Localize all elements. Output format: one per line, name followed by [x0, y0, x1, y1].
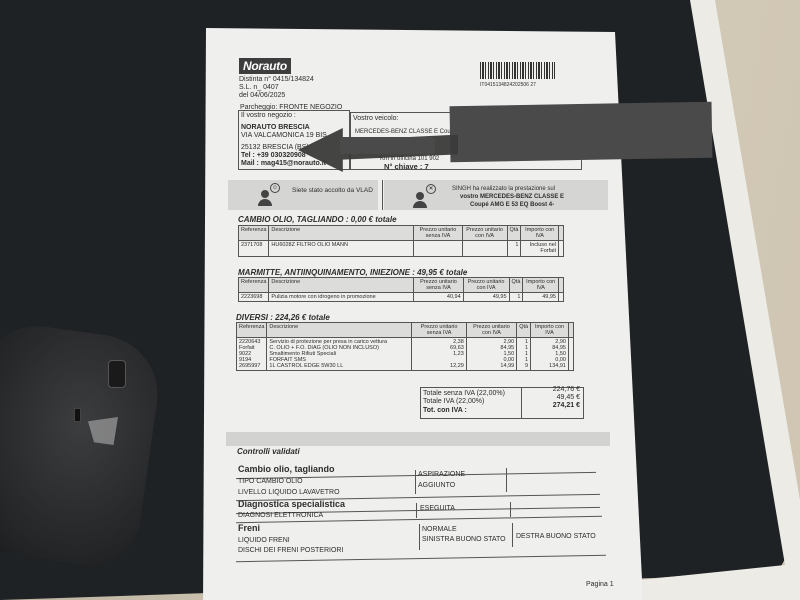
total-iva-label: Totale IVA (22,00%)	[423, 398, 484, 406]
total-no-iva-label: Totale senza IVA (22,00%)	[423, 390, 505, 398]
cell-qty: 1	[507, 241, 521, 257]
cell-pu-iva	[462, 241, 507, 257]
cell-total: 49,95	[523, 293, 559, 302]
totals-box: Totale senza IVA (22,00%) 224,76 € Total…	[420, 387, 584, 419]
control-result: SINISTRA BUONO STATO	[422, 536, 506, 544]
control-result: AGGIUNTO	[418, 482, 455, 490]
cell-desc: Servizio di protezione per presa in cari…	[267, 338, 412, 371]
cell-pu-iva: 2,9084,951,500,0014,99	[466, 338, 516, 371]
person-icon	[413, 192, 427, 208]
control-item: LIVELLO LIQUIDO LAVAVETRO	[238, 489, 340, 497]
total-iva-value: 49,45 €	[557, 394, 580, 402]
cell-total: 2,9084,951,500,00134,91	[531, 338, 569, 371]
cell-pu-iva: 49,95	[463, 293, 509, 302]
redaction-bar-right	[450, 102, 713, 163]
control-result: ESEGUITA	[420, 505, 455, 513]
col-total: Importo con IVA	[531, 323, 569, 338]
sl-number: S.L. n_ 0407	[239, 84, 279, 92]
col-pu-iva: Prezzo unitario con IVA	[463, 278, 509, 293]
cell-empty	[558, 293, 563, 302]
col-referenza: Referenza	[237, 323, 267, 338]
control-item: DISCHI DEI FRENI POSTERIORI	[238, 547, 343, 555]
cell-line: 12,29	[414, 363, 463, 369]
col-empty	[558, 278, 563, 293]
vehicle-label: Vostro veicolo:	[353, 115, 399, 123]
col-descrizione: Descrizione	[269, 226, 414, 241]
wrench-icon: ✕	[426, 184, 436, 194]
divider	[236, 555, 606, 562]
controls-header-bar	[226, 432, 610, 446]
table-oil: Referenza Descrizione Prezzo unitario se…	[238, 225, 564, 257]
mouse-scroll-wheel	[108, 360, 126, 388]
divider	[512, 523, 513, 547]
col-referenza: Referenza	[239, 278, 269, 293]
norauto-logo: Norauto	[239, 58, 291, 74]
cell-ref: 2220643Forfait902291942695997	[237, 338, 267, 371]
cell-line: 1L CASTROL EDGE 5W30 LL	[269, 363, 409, 369]
table-misc: Referenza Descrizione Prezzo unitario se…	[236, 322, 574, 371]
banner-welcome	[228, 180, 378, 210]
shop-mail: Mail : mag415@norauto.it	[241, 160, 326, 168]
col-total: Importo con IVA	[521, 226, 559, 241]
grand-total-value: 274,21 €	[553, 402, 580, 410]
cell-line: 2695997	[239, 363, 264, 369]
cell-pu-no-iva: 40,94	[414, 293, 463, 302]
barcode	[480, 62, 555, 79]
section-title-oil: CAMBIO OLIO, TAGLIANDO : 0,00 € totale	[238, 215, 397, 224]
col-descrizione: Descrizione	[269, 278, 414, 293]
control-result-extra: DESTRA BUONO STATO	[516, 533, 596, 541]
divider	[416, 503, 417, 518]
banner-divider	[382, 180, 383, 210]
col-referenza: Referenza	[239, 226, 269, 241]
cell-empty	[558, 241, 563, 257]
col-total: Importo con IVA	[523, 278, 559, 293]
shop-tel: Tel : +39 030320908	[241, 152, 306, 160]
controls-title: Controlli validati	[237, 448, 300, 456]
control-group-brakes: Freni	[238, 524, 260, 532]
vehicle-key: N° chiave : 7	[384, 163, 429, 171]
col-pu-iva: Prezzo unitario con IVA	[462, 226, 507, 241]
col-empty	[568, 323, 573, 338]
cell-ref: 2371708	[239, 241, 269, 257]
technician-line-2: vostro MERCEDES-BENZ CLASSE E	[460, 193, 564, 201]
table-row: 2220643Forfait902291942695997Servizio di…	[237, 338, 574, 371]
divider	[419, 524, 420, 550]
smile-icon: ☺	[270, 183, 280, 193]
totals-divider	[521, 388, 522, 418]
cell-desc: HU6028Z FILTRO OLIO MANN	[269, 241, 414, 257]
shop-name: NORAUTO BRESCIA	[241, 124, 310, 132]
col-qty: Qtà	[507, 226, 521, 241]
shop-street: VIA VALCAMONICA 19 BIS	[241, 132, 327, 140]
table-header: Referenza Descrizione Prezzo unitario se…	[239, 226, 564, 241]
cell-qty: 1	[509, 293, 523, 302]
invoice-date: del 04/06/2025	[239, 92, 285, 100]
col-pu-no-iva: Prezzo unitario senza IVA	[414, 226, 462, 241]
shop-city: 25132 BRESCIA (BS)	[241, 144, 309, 152]
col-qty: Qtà	[517, 323, 531, 338]
table-row: 2223698 Pulizia motore con idrogeno in p…	[239, 293, 564, 302]
control-result: NORMALE	[422, 526, 457, 534]
cell-total: Incluso nel Forfait	[521, 241, 559, 257]
control-item: LIQUIDO FRENI	[238, 537, 290, 545]
table-exhaust: Referenza Descrizione Prezzo unitario se…	[238, 277, 564, 302]
table-row: 2371708 HU6028Z FILTRO OLIO MANN 1 Inclu…	[239, 241, 564, 257]
divider	[415, 470, 416, 494]
technician-line-1: SINGH ha realizzato la prestazione sul	[452, 185, 555, 193]
page-number: Pagina 1	[586, 581, 614, 589]
table-header: Referenza Descrizione Prezzo unitario se…	[239, 278, 564, 293]
cell-qty: 11119	[517, 338, 531, 371]
cell-ref: 2223698	[239, 293, 269, 302]
divider	[506, 468, 507, 492]
welcome-text: Siete stato accolto da VLAD	[292, 187, 373, 195]
redaction-bar-plate	[340, 137, 435, 154]
col-pu-no-iva: Prezzo unitario senza IVA	[412, 323, 466, 338]
col-empty	[558, 226, 563, 241]
control-result: ASPIRAZIONE	[418, 471, 465, 479]
table-header: Referenza Descrizione Prezzo unitario se…	[237, 323, 574, 338]
section-title-misc: DIVERSI : 224,26 € totale	[236, 313, 330, 322]
technician-line-3: Coupé AMG E 53 EQ Boost 4-	[470, 201, 554, 209]
barcode-number: IT0415134824202506 27	[480, 81, 536, 89]
mouse-dpi-button	[74, 408, 81, 422]
person-icon	[258, 190, 272, 206]
control-item: DIAGNOSI ELETTRONICA	[238, 512, 323, 520]
control-group-oil: Cambio olio, tagliando	[238, 465, 335, 473]
cell-line: 134,91	[533, 363, 566, 369]
distinta-number: Distinta n° 0415/134824	[239, 76, 314, 84]
cell-desc: Pulizia motore con idrogeno in promozion…	[269, 293, 414, 302]
col-pu-iva: Prezzo unitario con IVA	[466, 323, 516, 338]
cell-empty	[568, 338, 573, 371]
cell-line: 9	[519, 363, 528, 369]
total-no-iva-value: 224,76 €	[553, 386, 580, 394]
col-pu-no-iva: Prezzo unitario senza IVA	[414, 278, 463, 293]
cell-pu-no-iva: 2,3869,631,2312,29	[412, 338, 466, 371]
section-title-exhaust: MARMITTE, ANTIINQUINAMENTO, INIEZIONE : …	[238, 268, 467, 277]
cell-pu-no-iva	[414, 241, 462, 257]
control-item: TIPO CAMBIO OLIO	[238, 478, 303, 486]
cell-line: 14,99	[469, 363, 514, 369]
divider	[510, 502, 511, 517]
col-descrizione: Descrizione	[267, 323, 412, 338]
control-group-diag: Diagnostica specialistica	[238, 500, 345, 508]
col-qty: Qtà	[509, 278, 523, 293]
grand-total-label: Tot. con IVA :	[423, 407, 467, 415]
shop-label: Il vostro negozio :	[241, 112, 296, 120]
